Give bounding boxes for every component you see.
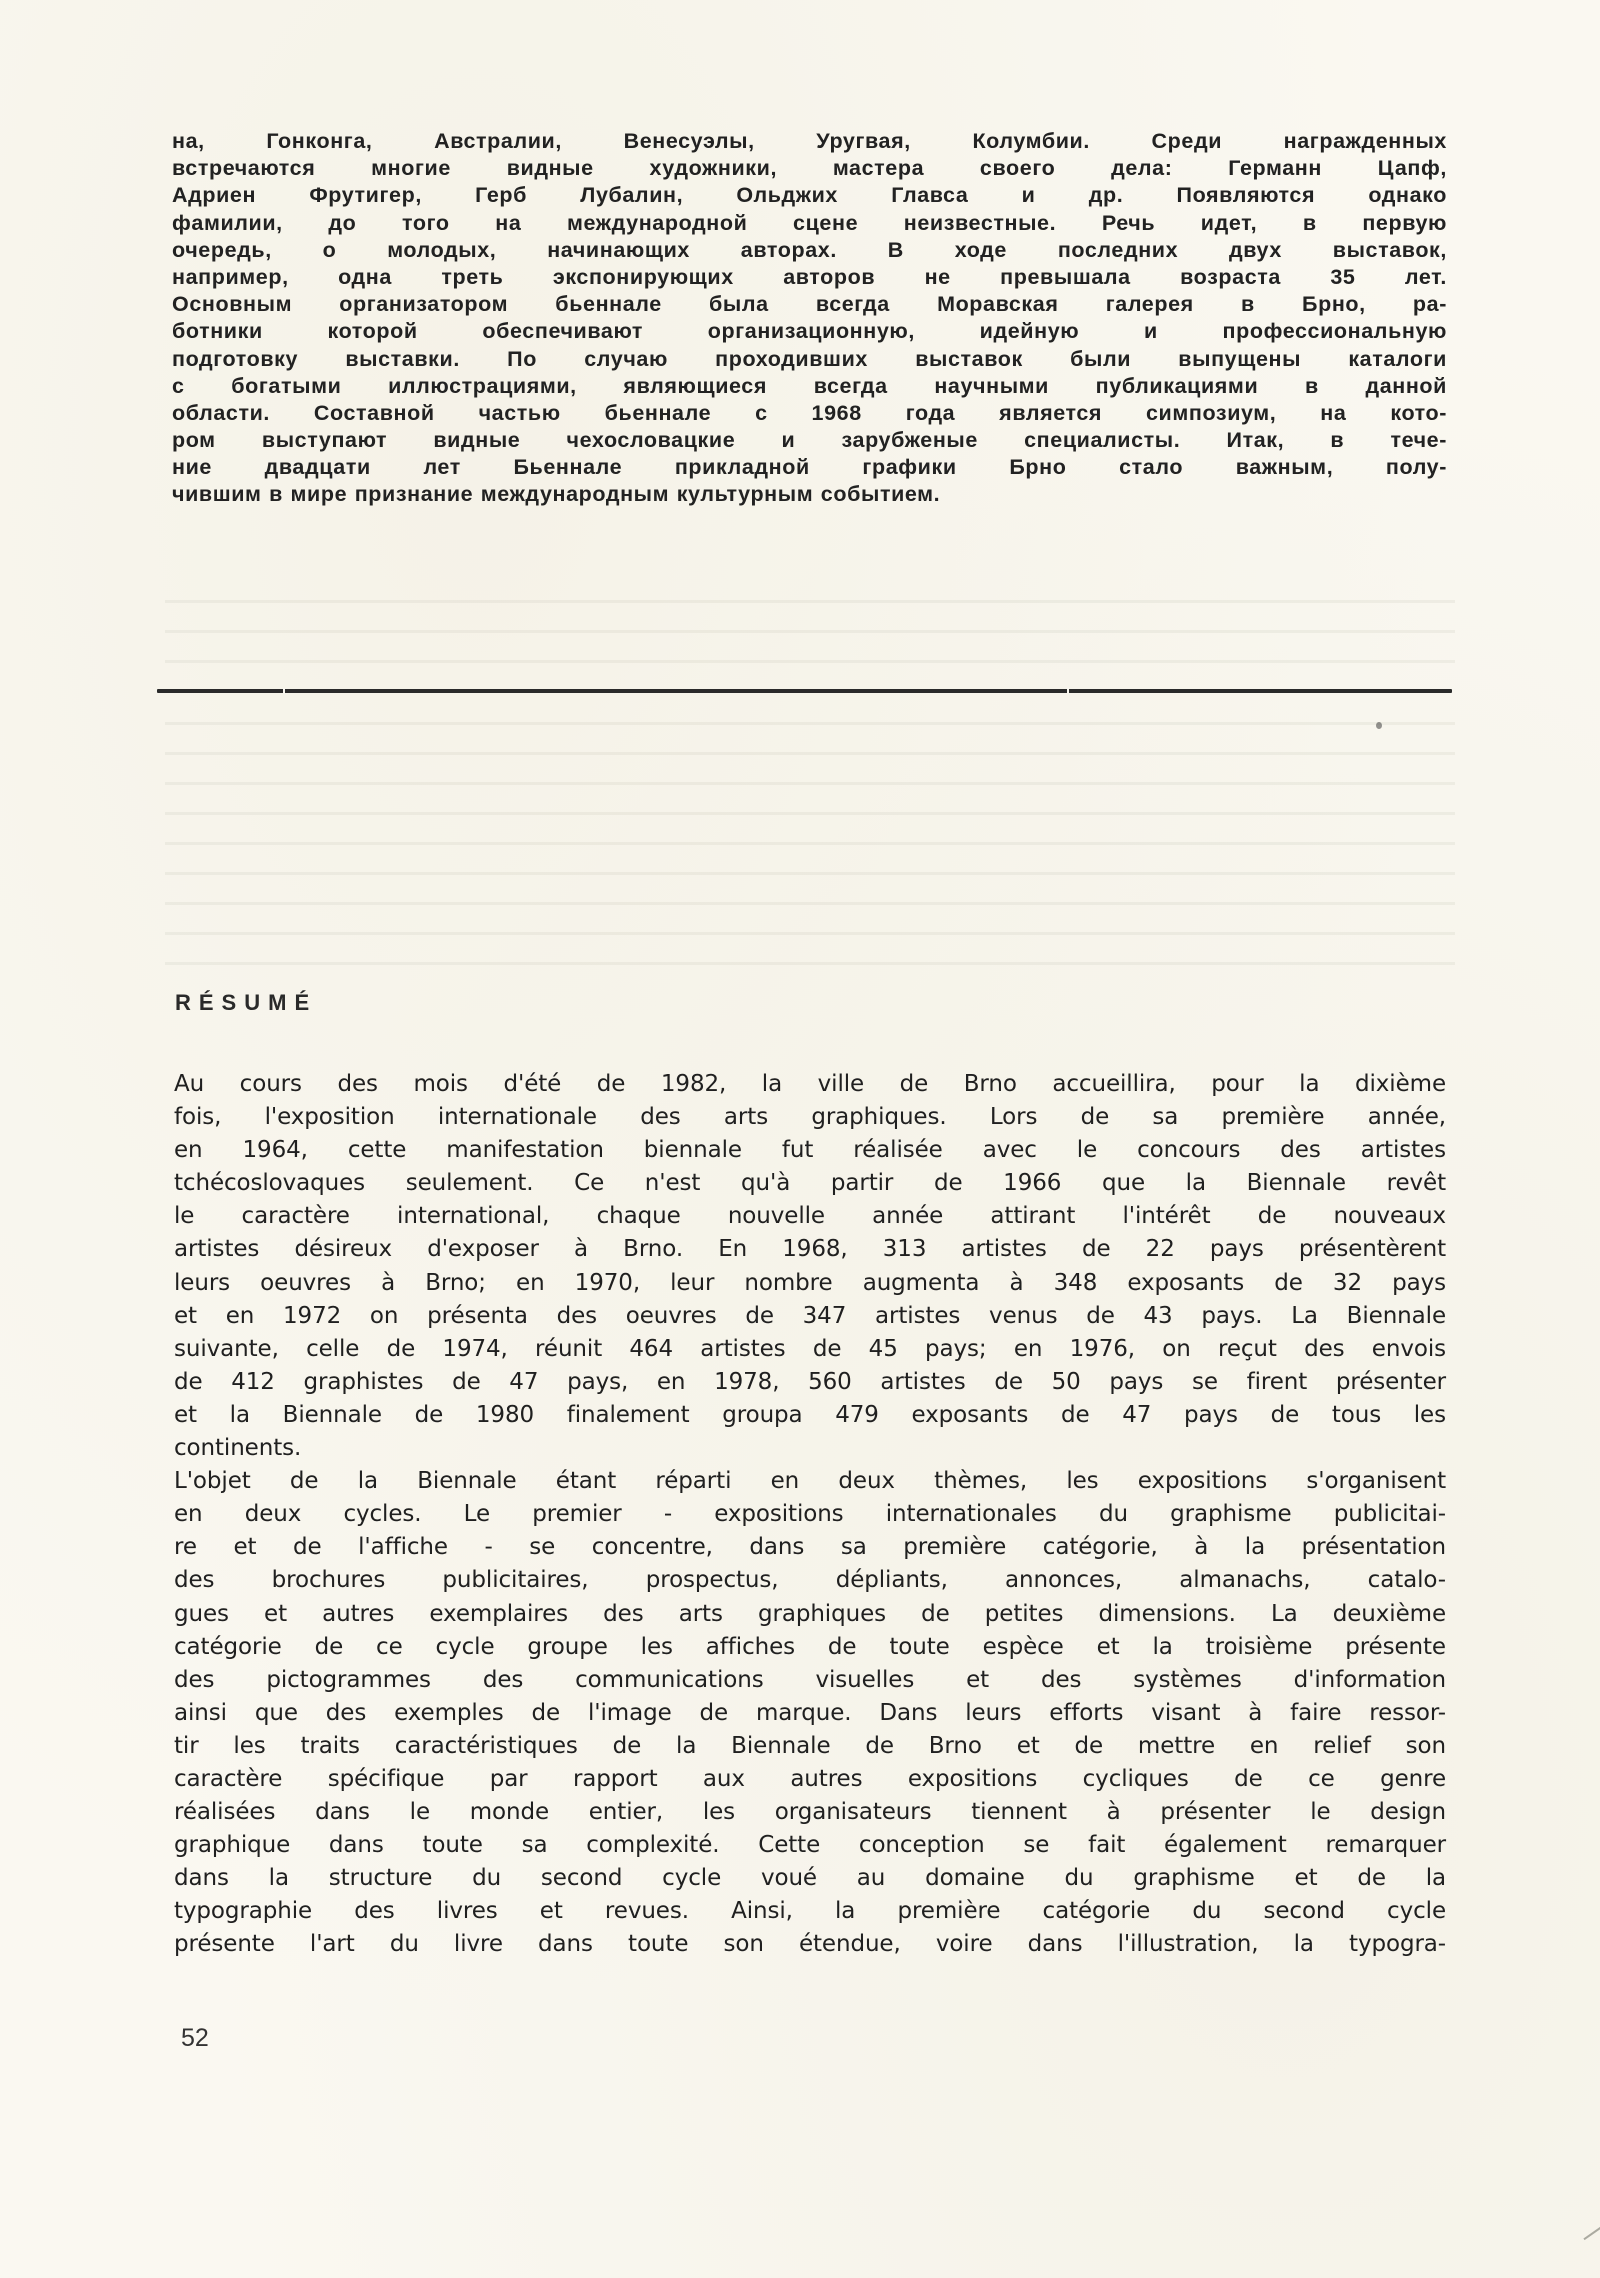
- scanned-page: на, Гонконга, Австралии, Венесуэлы, Уруг…: [0, 0, 1600, 2278]
- text-line: artistes désireux d'exposer à Brno. En 1…: [174, 1233, 1446, 1266]
- show-through-texture: [165, 872, 1455, 875]
- text-line: Au cours des mois d'été de 1982, la vill…: [174, 1068, 1446, 1101]
- section-heading: RÉSUMÉ: [175, 990, 317, 1016]
- text-line: continents.: [174, 1432, 1446, 1465]
- text-line: leurs oeuvres à Brno; en 1970, leur nomb…: [174, 1267, 1446, 1300]
- text-line: des brochures publicitaires, prospectus,…: [174, 1564, 1446, 1597]
- text-line: re et de l'affiche - se concentre, dans …: [174, 1531, 1446, 1564]
- text-line: tir les traits caractéristiques de la Bi…: [174, 1730, 1446, 1763]
- text-line: фамилии, до того на международной сцене …: [172, 210, 1447, 237]
- russian-body-text: на, Гонконга, Австралии, Венесуэлы, Уруг…: [172, 128, 1447, 509]
- text-line: ние двадцати лет Бьеннале прикладной гра…: [172, 454, 1447, 481]
- show-through-texture: [165, 812, 1455, 815]
- show-through-texture: [165, 722, 1455, 725]
- text-line: réalisées dans le monde entier, les orga…: [174, 1796, 1446, 1829]
- show-through-texture: [165, 962, 1455, 965]
- text-line: graphique dans toute sa complexité. Cett…: [174, 1829, 1446, 1862]
- show-through-texture: [165, 600, 1455, 603]
- text-line: подготовку выставки. По случаю проходивш…: [172, 346, 1447, 373]
- text-line: области. Составной частью бьеннале с 196…: [172, 400, 1447, 427]
- text-line: gues et autres exemplaires des arts grap…: [174, 1598, 1446, 1631]
- text-line: ainsi que des exemples de l'image de mar…: [174, 1697, 1446, 1730]
- show-through-texture: [165, 842, 1455, 845]
- section-divider: [157, 689, 1452, 693]
- text-line: tchécoslovaques seulement. Ce n'est qu'à…: [174, 1167, 1446, 1200]
- text-line: et en 1972 on présenta des oeuvres de 34…: [174, 1300, 1446, 1333]
- text-line: dans la structure du second cycle voué a…: [174, 1862, 1446, 1895]
- text-line: Основным организатором бьеннале была все…: [172, 291, 1447, 318]
- page-number: 52: [181, 2024, 209, 2053]
- show-through-texture: [165, 630, 1455, 633]
- text-line: с богатыми иллюстрациями, являющиеся все…: [172, 373, 1447, 400]
- text-line: catégorie de ce cycle groupe les affiche…: [174, 1631, 1446, 1664]
- text-line: suivante, celle de 1974, réunit 464 arti…: [174, 1333, 1446, 1366]
- paper-scratch: [1583, 2226, 1600, 2240]
- text-line: de 412 graphistes de 47 pays, en 1978, 5…: [174, 1366, 1446, 1399]
- text-line: et la Biennale de 1980 finalement groupa…: [174, 1399, 1446, 1432]
- text-line: встречаются многие видные художники, мас…: [172, 155, 1447, 182]
- ink-speck: [1376, 722, 1382, 729]
- show-through-texture: [165, 932, 1455, 935]
- text-line: caractère spécifique par rapport aux aut…: [174, 1763, 1446, 1796]
- text-line: en 1964, cette manifestation biennale fu…: [174, 1134, 1446, 1167]
- show-through-texture: [165, 752, 1455, 755]
- french-body-text: Au cours des mois d'été de 1982, la vill…: [174, 1068, 1446, 1962]
- text-line: Адриен Фрутигер, Герб Лубалин, Ольджих Г…: [172, 182, 1447, 209]
- text-line: présente l'art du livre dans toute son é…: [174, 1928, 1446, 1961]
- text-line: le caractère international, chaque nouve…: [174, 1200, 1446, 1233]
- text-line: чившим в мире признание международным ку…: [172, 481, 1447, 508]
- text-line: например, одна треть экспонирующих автор…: [172, 264, 1447, 291]
- text-line: typographie des livres et revues. Ainsi,…: [174, 1895, 1446, 1928]
- text-line: L'objet de la Biennale étant réparti en …: [174, 1465, 1446, 1498]
- show-through-texture: [165, 782, 1455, 785]
- text-line: ром выступают видные чехословацкие и зар…: [172, 427, 1447, 454]
- show-through-texture: [165, 660, 1455, 663]
- text-line: fois, l'exposition internationale des ar…: [174, 1101, 1446, 1134]
- show-through-texture: [165, 902, 1455, 905]
- text-line: очередь, о молодых, начинающих авторах. …: [172, 237, 1447, 264]
- divider-break: [1067, 688, 1069, 694]
- divider-break: [283, 688, 285, 694]
- text-line: en deux cycles. Le premier - expositions…: [174, 1498, 1446, 1531]
- text-line: на, Гонконга, Австралии, Венесуэлы, Уруг…: [172, 128, 1447, 155]
- text-line: ботники которой обеспечивают организацио…: [172, 318, 1447, 345]
- text-line: des pictogrammes des communications visu…: [174, 1664, 1446, 1697]
